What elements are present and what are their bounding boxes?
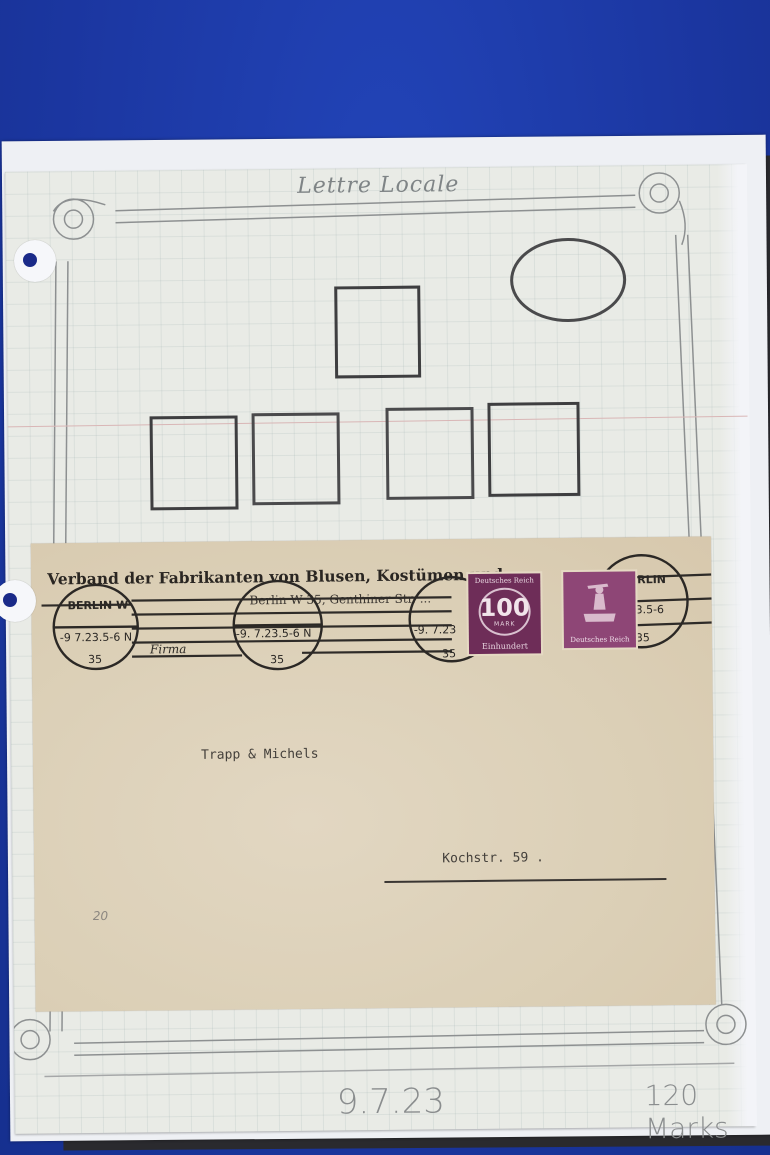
svg-text:35: 35 bbox=[636, 631, 650, 644]
svg-text:-9 7.23.5-6 N: -9 7.23.5-6 N bbox=[60, 631, 132, 645]
stamp-mount-slot bbox=[150, 415, 239, 510]
recipient-name: Trapp & Michels bbox=[201, 747, 319, 763]
svg-text:35: 35 bbox=[442, 647, 456, 660]
stamp-unit: MARK bbox=[469, 620, 541, 628]
stamp-100-mark: Deutsches Reich 100 MARK Einhundert bbox=[468, 573, 541, 654]
svg-text:35: 35 bbox=[88, 653, 102, 666]
stamp-bottom-text: Einhundert bbox=[469, 641, 541, 651]
address-underline bbox=[384, 878, 666, 883]
value-note: 120 Marks bbox=[645, 1078, 756, 1145]
stamp-bottom-text: Deutsches Reich bbox=[564, 635, 636, 644]
stamp-top-text: Deutsches Reich bbox=[468, 576, 540, 585]
stamp-mount-slot bbox=[252, 412, 341, 505]
svg-text:BERLIN W: BERLIN W bbox=[67, 599, 128, 613]
corner-ornament-top-left bbox=[53, 199, 105, 240]
svg-text:-9. 7.23: -9. 7.23 bbox=[414, 623, 457, 636]
heading-note: Lettre Locale bbox=[297, 172, 459, 199]
stamp-value: 100 bbox=[468, 593, 540, 622]
corner-ornament-bottom-left bbox=[10, 1019, 50, 1059]
recipient-street: Kochstr. 59 . bbox=[442, 850, 544, 866]
corner-ornament-top-right bbox=[639, 173, 685, 245]
corner-ornament-bottom-right bbox=[706, 1004, 746, 1044]
stamp-mount-slot bbox=[334, 286, 421, 379]
blacksmith-figure-icon bbox=[577, 581, 621, 627]
envelope-cover: Verband der Fabrikanten von Blusen, Kost… bbox=[31, 537, 716, 1012]
stamp-mount-slot bbox=[487, 402, 580, 497]
album-page: Lettre Locale Verband der Fabrikanten vo… bbox=[5, 164, 755, 1134]
binder-hole-top bbox=[14, 240, 56, 282]
stamp-blacksmith: Deutsches Reich bbox=[563, 571, 636, 648]
stamp-mount-slot bbox=[385, 407, 474, 500]
svg-text:35: 35 bbox=[270, 653, 284, 666]
pencil-number: 20 bbox=[93, 909, 108, 923]
svg-text:-9. 7.23.5-6 N: -9. 7.23.5-6 N bbox=[236, 627, 312, 641]
date-note: 9.7.23 bbox=[337, 1081, 446, 1122]
